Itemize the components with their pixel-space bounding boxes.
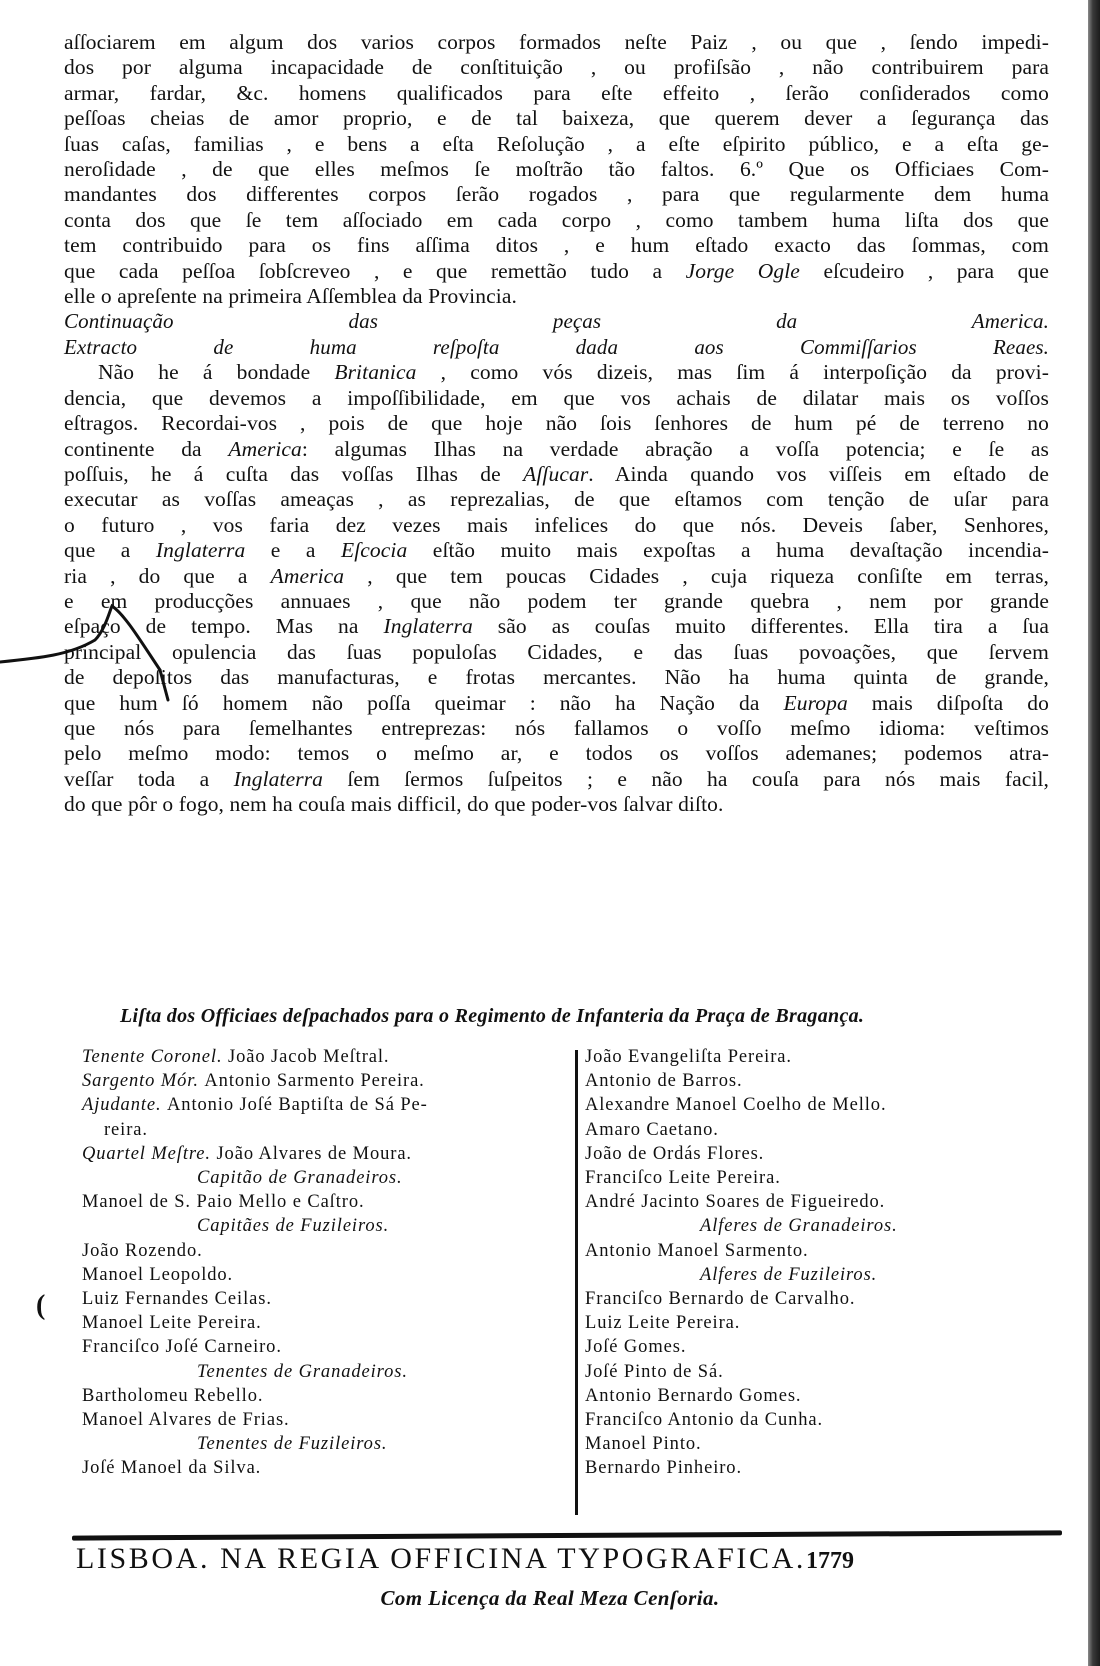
italic-proper-noun: Inglaterra bbox=[156, 538, 245, 562]
officer-entry: Joſé Pinto de Sá. bbox=[585, 1360, 1045, 1384]
text-run: eſtão muito mais expoſtas a huma devaſta… bbox=[407, 538, 1049, 562]
officer-entry: João Evangeliſta Pereira. bbox=[585, 1045, 1045, 1069]
officer-entry: Antonio de Barros. bbox=[585, 1069, 1045, 1093]
text-run: veſſar toda a bbox=[64, 767, 234, 791]
officer-name: Manoel Pinto. bbox=[585, 1434, 702, 1454]
officer-entry: Franciſco Antonio da Cunha. bbox=[585, 1408, 1045, 1432]
officer-name: Franciſco Bernardo de Carvalho. bbox=[585, 1289, 855, 1309]
paragraph-line: conta dos que ſe tem aſſociado em cada c… bbox=[64, 208, 1049, 233]
text-run: , que tem poucas Cidades , cuja riqueza … bbox=[344, 564, 1049, 588]
imprint-year: 1779 bbox=[806, 1548, 854, 1574]
paragraph-line: do que pôr o fogo, nem ha couſa mais dif… bbox=[64, 792, 1049, 817]
paragraph-line: tem contribuido para os fins aſſima dito… bbox=[64, 233, 1049, 258]
officer-name: Joſé Manoel da Silva. bbox=[82, 1458, 261, 1478]
paragraph-line: ſuas caſas, familias , e bens a eſta Reſ… bbox=[64, 132, 1049, 157]
paragraph-line: que nós para ſemelhantes entreprezas: nó… bbox=[64, 716, 1049, 741]
paragraph-line: ria , do que a America , que tem poucas … bbox=[64, 564, 1049, 589]
rank-group-heading: Alferes de Granadeiros. bbox=[585, 1214, 1045, 1238]
officer-name: Luiz Fernandes Ceilas. bbox=[82, 1289, 272, 1309]
officer-entry: Joſé Manoel da Silva. bbox=[82, 1456, 572, 1480]
officer-entry: Antonio Bernardo Gomes. bbox=[585, 1384, 1045, 1408]
officer-name: Amaro Caetano. bbox=[585, 1120, 719, 1140]
paragraph-resolution: aſſociarem em algum dos varios corpos fo… bbox=[64, 30, 1049, 259]
officer-entry: Manoel Alvares de Frias. bbox=[82, 1408, 572, 1432]
margin-ink-mark: ( bbox=[36, 1290, 45, 1322]
officer-entry: Luiz Fernandes Ceilas. bbox=[82, 1287, 572, 1311]
text-run: dencia, que devemos a impoſſibilidade, e… bbox=[64, 386, 1049, 410]
text-run: continente da bbox=[64, 437, 228, 461]
officer-name: Bernardo Pinheiro. bbox=[585, 1458, 742, 1478]
text-run: que nós para ſemelhantes entreprezas: nó… bbox=[64, 716, 1049, 740]
officer-name: João Jacob Meſtral. bbox=[228, 1047, 389, 1067]
rank-group-heading: Tenentes de Fuzileiros. bbox=[82, 1432, 572, 1456]
officer-entry: Franciſco Leite Pereira. bbox=[585, 1166, 1045, 1190]
officer-rank: Ajudante. bbox=[82, 1095, 167, 1115]
officer-entry: Joſé Gomes. bbox=[585, 1335, 1045, 1359]
officer-entry: Ajudante. Antonio Joſé Baptiſta de Sá Pe… bbox=[82, 1093, 572, 1117]
officer-entry: Alexandre Manoel Coelho de Mello. bbox=[585, 1093, 1045, 1117]
officer-name: Bartholomeu Rebello. bbox=[82, 1386, 263, 1406]
officer-name: João de Ordás Flores. bbox=[585, 1144, 764, 1164]
italic-proper-noun: America bbox=[228, 437, 302, 461]
officer-entry: João de Ordás Flores. bbox=[585, 1142, 1045, 1166]
paragraph-line: eſtragos. Recordai-vos , pois de que hoj… bbox=[64, 411, 1049, 436]
text-run: o futuro , vos faria dez vezes mais infe… bbox=[64, 513, 1049, 537]
text-run: ria , do que a bbox=[64, 564, 271, 588]
italic-proper-noun: Eſcocia bbox=[341, 538, 407, 562]
officer-entry: Bernardo Pinheiro. bbox=[585, 1456, 1045, 1480]
officer-list-title: Liſta dos Officiaes deſpachados para o R… bbox=[120, 1005, 1060, 1028]
text-run: que a bbox=[64, 538, 156, 562]
paragraph-line: mandantes dos differentes corpos ſerão r… bbox=[64, 182, 1049, 207]
officer-name: Antonio Manoel Sarmento. bbox=[585, 1241, 809, 1261]
officer-name: Antonio Joſé Baptiſta de Sá Pe- bbox=[167, 1095, 428, 1115]
officer-rank: Tenente Coronel. bbox=[82, 1047, 228, 1067]
italic-proper-noun: Europa bbox=[784, 691, 848, 715]
officer-name: Alexandre Manoel Coelho de Mello. bbox=[585, 1095, 886, 1115]
officer-name: João Alvares de Moura. bbox=[216, 1144, 412, 1164]
paragraph-line: armar, fardar, &c. homens qualificados p… bbox=[64, 81, 1049, 106]
pen-scribble-mark bbox=[0, 600, 260, 710]
officer-list-left-column: Tenente Coronel. João Jacob Meſtral.Sarg… bbox=[82, 1045, 572, 1481]
officer-name: Antonio Bernardo Gomes. bbox=[585, 1386, 801, 1406]
italic-proper-noun: America bbox=[271, 564, 345, 588]
officer-entry: André Jacinto Soares de Figueiredo. bbox=[585, 1190, 1045, 1214]
paragraph-line: poſſuis, he á cuſta das voſſas Ilhas de … bbox=[64, 462, 1049, 487]
officer-entry: Tenente Coronel. João Jacob Meſtral. bbox=[82, 1045, 572, 1069]
officer-entry: Bartholomeu Rebello. bbox=[82, 1384, 572, 1408]
italic-proper-noun: Britanica bbox=[334, 360, 416, 384]
officer-entry: Amaro Caetano. bbox=[585, 1118, 1045, 1142]
paragraph-line: dos por alguma incapacidade de conſtitui… bbox=[64, 55, 1049, 80]
officer-name: André Jacinto Soares de Figueiredo. bbox=[585, 1192, 885, 1212]
paragraph-extract: Não he á bondade Britanica , como vós di… bbox=[64, 360, 1049, 817]
footer-rule bbox=[72, 1530, 1062, 1540]
officer-entry: Manoel Pinto. bbox=[585, 1432, 1045, 1456]
officer-name: Manoel Leite Pereira. bbox=[82, 1313, 262, 1333]
text-run: . Ainda quando vos viſſeis em eſtado de bbox=[588, 462, 1049, 486]
officer-entry: Manoel Leite Pereira. bbox=[82, 1311, 572, 1335]
officer-name: Joſé Pinto de Sá. bbox=[585, 1362, 724, 1382]
officer-name: Antonio Sarmento Pereira. bbox=[204, 1071, 424, 1091]
paragraph-line: elle o apreſente na primeira Aſſemblea d… bbox=[64, 284, 1049, 309]
officer-name: Antonio de Barros. bbox=[585, 1071, 743, 1091]
italic-proper-noun: Inglaterra bbox=[383, 614, 472, 638]
officer-entry: João Rozendo. bbox=[82, 1239, 572, 1263]
text-run: executar as voſſas ameaças , as reprezal… bbox=[64, 487, 1049, 511]
officer-entry: Manoel de S. Paio Mello e Caſtro. bbox=[82, 1190, 572, 1214]
officer-entry: Quartel Meſtre. João Alvares de Moura. bbox=[82, 1142, 572, 1166]
paragraph-line: veſſar toda a Inglaterra ſem ſermos ſuſp… bbox=[64, 767, 1049, 792]
officer-entry-continuation: reira. bbox=[82, 1118, 572, 1142]
text-run: do que pôr o fogo, nem ha couſa mais dif… bbox=[64, 792, 723, 816]
rank-group-heading: Alferes de Fuzileiros. bbox=[585, 1263, 1045, 1287]
text-run: Não he á bondade bbox=[98, 360, 334, 384]
officer-name: João Evangeliſta Pereira. bbox=[585, 1047, 792, 1067]
text-run: ſem ſermos ſuſpeitos ; e não ha couſa pa… bbox=[323, 767, 1049, 791]
officer-list-right-column: João Evangeliſta Pereira.Antonio de Barr… bbox=[585, 1045, 1045, 1481]
paragraph-line: que cada peſſoa ſobſcreveo , e que remet… bbox=[64, 259, 1049, 284]
page-edge-shadow bbox=[1088, 0, 1100, 1666]
section-subheading: Extracto de huma reſpoſta dada aos Commi… bbox=[64, 335, 1049, 360]
rank-group-heading: Capitão de Granadeiros. bbox=[82, 1166, 572, 1190]
text-run: poſſuis, he á cuſta das voſſas Ilhas de bbox=[64, 462, 523, 486]
rank-group-heading: Tenentes de Granadeiros. bbox=[82, 1360, 572, 1384]
printer-imprint: LISBOA. NA REGIA OFFICINA TYPOGRAFICA.17… bbox=[76, 1542, 1066, 1576]
text-run: e a bbox=[245, 538, 341, 562]
paragraph-line: o futuro , vos faria dez vezes mais infe… bbox=[64, 513, 1049, 538]
text-run: eſtragos. Recordai-vos , pois de que hoj… bbox=[64, 411, 1049, 435]
rank-group-heading: Capitães de Fuzileiros. bbox=[82, 1214, 572, 1238]
officer-entry: Antonio Manoel Sarmento. bbox=[585, 1239, 1045, 1263]
officer-entry: Franciſco Bernardo de Carvalho. bbox=[585, 1287, 1045, 1311]
officer-entry: Luiz Leite Pereira. bbox=[585, 1311, 1045, 1335]
paragraph-line: executar as voſſas ameaças , as reprezal… bbox=[64, 487, 1049, 512]
paragraph-line: aſſociarem em algum dos varios corpos fo… bbox=[64, 30, 1049, 55]
officer-name: Manoel de S. Paio Mello e Caſtro. bbox=[82, 1192, 365, 1212]
text-run: pelo meſmo modo: temos o meſmo ar, e tod… bbox=[64, 741, 1049, 765]
officer-rank: Sargento Mór. bbox=[82, 1071, 204, 1091]
text-run: : algumas Ilhas na verdade abração a voſ… bbox=[302, 437, 1049, 461]
paragraph-line: continente da America: algumas Ilhas na … bbox=[64, 437, 1049, 462]
person-name: Jorge Ogle bbox=[686, 259, 800, 283]
officer-entry: Sargento Mór. Antonio Sarmento Pereira. bbox=[82, 1069, 572, 1093]
officer-name: Manoel Leopoldo. bbox=[82, 1265, 233, 1285]
officer-name: Manoel Alvares de Frias. bbox=[82, 1410, 290, 1430]
officer-name: Luiz Leite Pereira. bbox=[585, 1313, 740, 1333]
section-heading: Continuação das peças da America. bbox=[64, 309, 1049, 334]
text-run: são as couſas muito differentes. Ella ti… bbox=[473, 614, 1049, 638]
officer-rank: Quartel Meſtre. bbox=[82, 1144, 216, 1164]
paragraph-line: dencia, que devemos a impoſſibilidade, e… bbox=[64, 386, 1049, 411]
officer-entry: Manoel Leopoldo. bbox=[82, 1263, 572, 1287]
paragraph-line: Não he á bondade Britanica , como vós di… bbox=[64, 360, 1049, 385]
text-run: , como vós dizeis, mas ſim á interpoſiçã… bbox=[416, 360, 1049, 384]
italic-proper-noun: Aſſucar bbox=[523, 462, 588, 486]
officer-name: Franciſco Leite Pereira. bbox=[585, 1168, 781, 1188]
officer-entry: Franciſco Joſé Carneiro. bbox=[82, 1335, 572, 1359]
paragraph-line: pelo meſmo modo: temos o meſmo ar, e tod… bbox=[64, 741, 1049, 766]
paragraph-line: peſſoas cheias de amor proprio, e de tal… bbox=[64, 106, 1049, 131]
officer-name: Franciſco Joſé Carneiro. bbox=[82, 1337, 282, 1357]
officer-name: Joſé Gomes. bbox=[585, 1337, 686, 1357]
italic-proper-noun: Inglaterra bbox=[234, 767, 323, 791]
officer-name: Franciſco Antonio da Cunha. bbox=[585, 1410, 823, 1430]
paragraph-line: que a Inglaterra e a Eſcocia eſtão muito… bbox=[64, 538, 1049, 563]
license-line: Com Licença da Real Meza Cenſoria. bbox=[0, 1586, 1100, 1611]
text-run: mais diſpoſta do bbox=[848, 691, 1049, 715]
officer-name: João Rozendo. bbox=[82, 1241, 203, 1261]
column-divider bbox=[575, 1050, 578, 1515]
paragraph-line: neroſidade , de que elles meſmos ſe moſt… bbox=[64, 157, 1049, 182]
